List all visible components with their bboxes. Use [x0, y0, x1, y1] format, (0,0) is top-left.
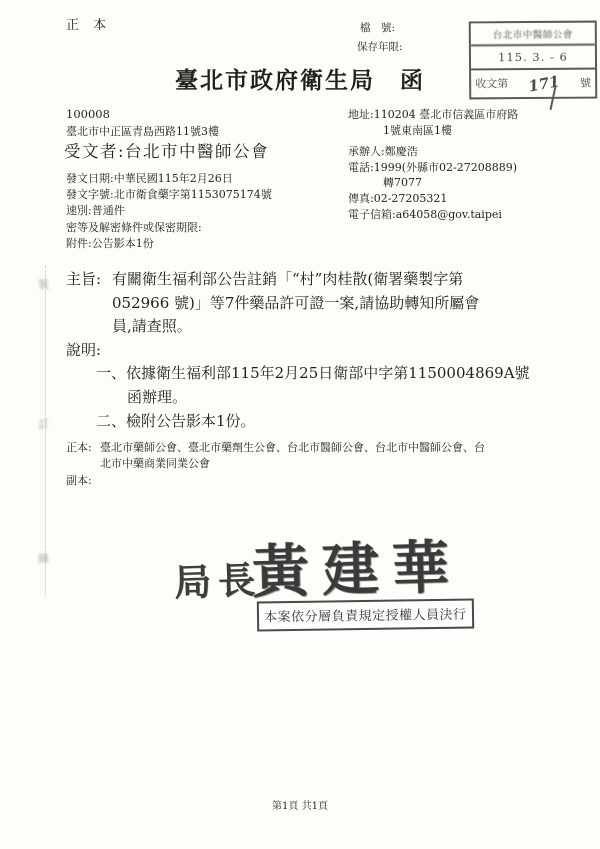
speed-class: 速別:普通件 — [66, 203, 272, 219]
subject-line1: 有關衛生福利部公告註銷「“村”肉桂散(衛署藥製字第 — [112, 268, 546, 292]
file-number-label: 檔 號: — [360, 20, 395, 35]
fax-number: 傳真:02-27205321 — [348, 191, 518, 207]
attachment-note: 附件:公告影本1份 — [66, 236, 272, 252]
sender-address-line2: 1號東南區1樓 — [383, 123, 518, 139]
recipient-address: 臺北市中正區青島西路11號3樓 — [66, 123, 219, 139]
phone-line2: 轉7077 — [383, 175, 518, 191]
carbon-copy-label: 副本: — [66, 472, 92, 488]
original-copies-line1: 臺北市藥師公會、臺北市藥劑生公會、台北市醫師公會、台北市中醫師公會、台 — [100, 440, 566, 456]
distribution-original: 正本: 臺北市藥師公會、臺北市藥劑生公會、台北市醫師公會、台北市中醫師公會、台 … — [66, 440, 566, 472]
subject-section: 主旨: 有關衛生福利部公告註銷「“村”肉桂散(衛署藥製字第 052966 號)」… — [66, 268, 546, 339]
explanation-item1-line2: 函辦理。 — [127, 386, 187, 407]
copy-type-label: 正 本 — [66, 14, 111, 33]
document-meta: 發文日期:中華民國115年2月26日 發文字號:北市衛食藥字第115307517… — [66, 171, 272, 252]
original-copies-line2: 北市中藥商業同業公會 — [100, 456, 566, 472]
issue-date: 發文日期:中華民國115年2月26日 — [66, 171, 272, 187]
explanation-item1-line1: 一、依據衛生福利部115年2月25日衛部中字第1150004869A號 — [96, 362, 530, 383]
explanation-item2: 二、檢附公告影本1份。 — [96, 410, 256, 431]
signer-title: 局長 — [173, 549, 263, 606]
retention-period-label: 保存年限: — [357, 39, 403, 54]
recipient-postal-code: 100008 — [66, 107, 110, 121]
explanation-label: 說明: — [66, 339, 101, 360]
recipient-name: 受文者:台北市中醫師公會 — [64, 138, 269, 162]
subject-line2: 052966 號)」等7件藥品許可證一案,請協助轉知所屬會 — [112, 292, 546, 316]
email-address: 電子信箱:a64058@gov.taipei — [348, 207, 518, 223]
security-class: 密等及解密條件或保密期限: — [66, 220, 272, 236]
document-title: 臺北市政府衛生局 函 — [0, 62, 600, 95]
document-page: 正 本 檔 號: 保存年限: 台北市中醫師公會 115. 3. - 6 收文第 … — [0, 0, 600, 849]
subject-label: 主旨: — [66, 268, 101, 292]
sender-contact: 地址:110204 臺北市信義區市府路 1號東南區1樓 承辦人:鄭慶浩 電話:1… — [348, 107, 518, 222]
contact-person: 承辦人:鄭慶浩 — [348, 144, 518, 160]
issue-number: 發文字號:北市衛食藥字第1153075174號 — [66, 187, 272, 203]
binding-mark: 裝 — [37, 276, 49, 293]
original-copies-label: 正本: — [66, 440, 92, 456]
sender-address-line1: 地址:110204 臺北市信義區市府路 — [348, 107, 518, 123]
binding-mark: 線 — [37, 550, 49, 567]
phone-line1: 電話:1999(外縣市02-27208889) — [348, 160, 518, 176]
page-indicator: 第1頁 共1頁 — [0, 797, 600, 812]
receipt-stamp-org: 台北市中醫師公會 — [471, 23, 595, 47]
signer-name-signature: 黃建華 — [251, 521, 463, 608]
subject-line3: 員,請查照。 — [112, 315, 546, 339]
binding-mark: 訂 — [37, 416, 49, 433]
authorization-stamp: 本案依分層負責規定授權人員決行 — [257, 598, 474, 631]
